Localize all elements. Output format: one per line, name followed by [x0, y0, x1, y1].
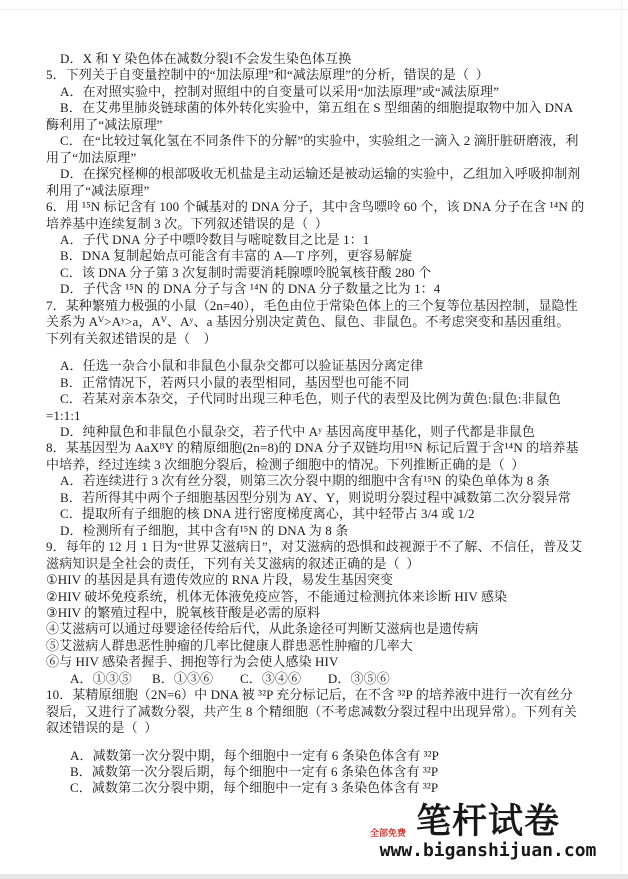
text-line: C．该 DNA 分子第 3 次复制时需要消耗腺嘌呤脱氧核苷酸 280 个: [40, 265, 615, 281]
text-line: D．纯种鼠色和非鼠色小鼠杂交，若子代中 Aʸ 基因高度甲基化，则子代都是非鼠色: [40, 424, 615, 440]
text-line: 酶利用了“减法原理”: [40, 117, 615, 133]
text-line: 关系为 Aⱽ>Aʸ>a，Aⱽ、Aʸ、a 基因分别决定黄色、鼠色、非鼠色。不考虑突…: [40, 314, 615, 330]
text-line: C．在“比较过氧化氢在不同条件下的分解”的实验中，实验组之一滴入 2 滴肝脏研磨…: [40, 133, 615, 149]
text-line: C．若某对亲本杂交，子代同时出现三种毛色，则子代的表型及比例为黄色:鼠色:非鼠色: [40, 391, 615, 407]
text-line: 用了“加法原理”: [40, 150, 615, 166]
text-line: 利用了“减法原理”: [40, 183, 615, 199]
text-line: B．正常情况下，若两只小鼠的表型相同，基因型也可能不同: [40, 375, 615, 391]
text-line: 滋病知识是全社会的责任，下列有关艾滋病的叙述正确的是（ ）: [40, 556, 615, 572]
text-line: A．任选一杂合小鼠和非鼠色小鼠杂交都可以验证基因分离定律: [40, 358, 615, 374]
text-line: 裂后，又进行了减数分裂，共产生 8 个精细胞（不考虑减数分裂过程中出现异常）。下…: [40, 704, 615, 720]
text-line: D．子代含 ¹⁵N 的 DNA 分子与含 ¹⁴N 的 DNA 分子数量之比为 1…: [40, 281, 615, 297]
text-line: ④艾滋病可以通过母婴途径传给后代，从此条途径可判断艾滋病也是遗传病: [40, 621, 615, 637]
text-line: 8．某基因型为 AaXᴮY 的精原细胞(2n=8)的 DNA 分子双链均用¹⁵N…: [40, 440, 615, 456]
text-line: 9．每年的 12 月 1 日为“世界艾滋病日”，对艾滋病的恐惧和歧视源于不了解、…: [40, 539, 615, 555]
scan-edge-top: [0, 0, 628, 10]
text-line: D．在探究柽柳的根部吸收无机盐是主动运输还是被动运输的实验中，乙组加入呼吸抑制剂: [40, 166, 615, 182]
text-line: D．检测所有子细胞，其中含有¹⁵N 的 DNA 为 8 条: [40, 523, 615, 539]
text-line: A．①③⑤ B．①③⑥ C．③④⑥ D．③⑤⑥: [40, 671, 615, 687]
text-line: A．若连续进行 3 次有丝分裂，则第三次分裂中期的细胞中含有¹⁵N 的染色单体为…: [40, 473, 615, 489]
website-url: www.biganshijuan.com: [368, 840, 608, 861]
publisher-watermark: 全部免费 笔杆试卷 www.biganshijuan.com: [368, 804, 608, 861]
text-line: ③HIV 的繁殖过程中，脱氧核苷酸是必需的原料: [40, 605, 615, 621]
text-line: 10．某精原细胞（2N=6）中 DNA 被 ³²P 充分标记后，在不含 ³²P …: [40, 687, 615, 703]
watermark-brand-row: 全部免费 笔杆试卷: [368, 804, 608, 839]
text-line: B．减数第一次分裂后期，每个细胞中一定有 6 条染色体含有 ³²P: [40, 764, 615, 780]
text-line: B．在艾弗里肺炎链球菌的体外转化实验中，第五组在 S 型细菌的细胞提取物中加入 …: [40, 100, 615, 116]
text-line: D．X 和 Y 染色体在减数分裂I不会发生染色体互换: [40, 51, 615, 67]
text-line: A．减数第一次分裂中期，每个细胞中一定有 6 条染色体含有 ³²P: [40, 748, 615, 764]
scan-edge-right: [621, 0, 622, 879]
text-line: 培养基中连续复制 3 次。下列叙述错误的是（ ）: [40, 216, 615, 232]
text-line: A．子代 DNA 分子中嘌呤数目与嘧啶数目之比是 1：1: [40, 232, 615, 248]
exam-page: D．X 和 Y 染色体在减数分裂I不会发生染色体互换5．下列关于自变量控制中的“…: [0, 0, 628, 879]
text-line: A．在对照实验中，控制对照组中的自变量可以采用“加法原理”或“减法原理”: [40, 84, 615, 100]
text-line: 叙述错误的是（ ）: [40, 720, 615, 736]
text-line: ⑤艾滋病人群患恶性肿瘤的几率比健康人群患恶性肿瘤的几率大: [40, 638, 615, 654]
text-line: 7．某种繁殖力极强的小鼠（2n=40），毛色由位于常染色体上的三个复等位基因控制…: [40, 298, 615, 314]
text-line: ②HIV 破坏免疫系统，机体无体液免疫应答，不能通过检测抗体来诊断 HIV 感染: [40, 589, 615, 605]
free-badge: 全部免费: [370, 829, 406, 838]
scan-edge-bottom: [0, 874, 628, 879]
text-line: ①HIV 的基因是具有遗传效应的 RNA 片段，易发生基因突变: [40, 572, 615, 588]
exam-text-block: D．X 和 Y 染色体在减数分裂I不会发生染色体互换5．下列关于自变量控制中的“…: [40, 51, 615, 797]
brand-logo-text: 笔杆试卷: [416, 802, 560, 841]
text-line: B．DNA 复制起始点可能含有丰富的 A—T 序列，更容易解旋: [40, 248, 615, 264]
text-line: 5．下列关于自变量控制中的“加法原理”和“减法原理”的分析，错误的是（ ）: [40, 67, 615, 83]
text-line: ⑥与 HIV 感染者握手、拥抱等行为会使人感染 HIV: [40, 654, 615, 670]
text-line: C．减数第二次分裂中期，每个细胞中一定有 3 条染色体含有 ³²P: [40, 780, 615, 796]
text-line: 中培养，经过连续 3 次细胞分裂后，检测子细胞中的情况。下列推断正确的是（ ）: [40, 457, 615, 473]
text-line: 下列有关叙述错误的是（ ）: [40, 331, 615, 347]
text-line: B．若所得其中两个子细胞基因型分别为 AY、Y，则说明分裂过程中减数第二次分裂异…: [40, 490, 615, 506]
text-line: C．提取所有子细胞的核 DNA 进行密度梯度离心，其中轻带占 3/4 或 1/2: [40, 506, 615, 522]
text-line: =1:1:1: [40, 408, 615, 424]
text-line: 6．用 ¹⁵N 标记含有 100 个碱基对的 DNA 分子，其中含鸟嘌呤 60 …: [40, 199, 615, 215]
